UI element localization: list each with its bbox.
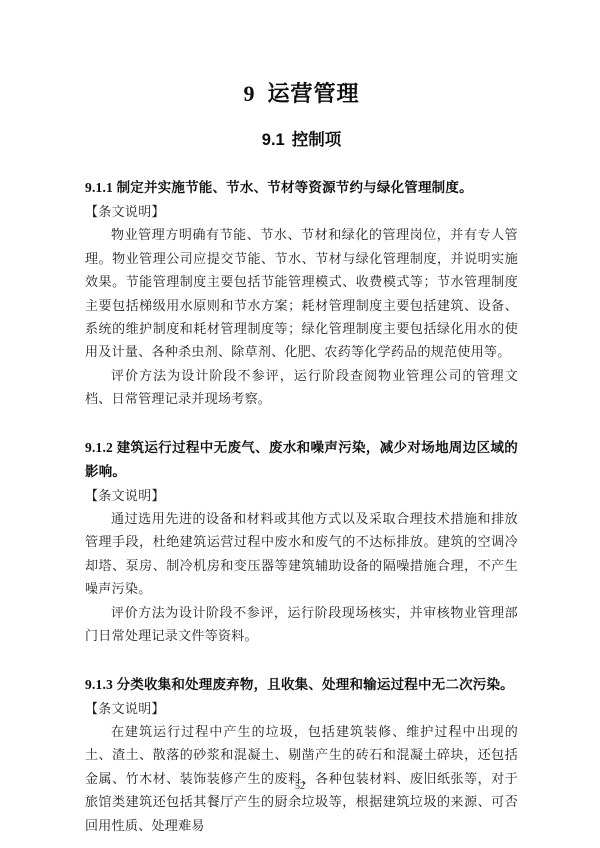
- clause-paragraph: 评价方法为设计阶段不参评，运行阶段查阅物业管理公司的管理文档、日常管理记录并现场…: [85, 364, 518, 411]
- section-number: 9.1: [262, 131, 285, 149]
- clause-item-9-1-2: 9.1.2 建筑运行过程中无废气、废水和噪声污染，减少对场地周边区域的影响。 【…: [85, 436, 518, 648]
- clause-explanation-label: 【条文说明】: [85, 697, 518, 720]
- page-content: 9运营管理 9.1控制项 9.1.1 制定并实施节能、节水、节材等资源节约与绿化…: [85, 0, 518, 837]
- clause-paragraph: 评价方法为设计阶段不参评，运行阶段现场核实，并审核物业管理部门日常处理记录文件等…: [85, 601, 518, 648]
- document-page: 9运营管理 9.1控制项 9.1.1 制定并实施节能、节水、节材等资源节约与绿化…: [0, 0, 600, 848]
- clause-item-9-1-1: 9.1.1 制定并实施节能、节水、节材等资源节约与绿化管理制度。 【条文说明】 …: [85, 176, 518, 411]
- clause-heading: 9.1.3 分类收集和处理废弃物，且收集、处理和输运过程中无二次污染。: [85, 673, 518, 697]
- chapter-title-text: 运营管理: [267, 81, 359, 106]
- clause-explanation-label: 【条文说明】: [85, 200, 518, 223]
- clause-paragraph: 物业管理方明确有节能、节水、节材和绿化的管理岗位，并有专人管理。物业管理公司应提…: [85, 223, 518, 363]
- clause-heading: 9.1.2 建筑运行过程中无废气、废水和噪声污染，减少对场地周边区域的影响。: [85, 436, 518, 484]
- page-number: 52: [0, 781, 600, 792]
- section-title: 9.1控制项: [85, 129, 518, 151]
- clause-paragraph: 通过选用先进的设备和材料或其他方式以及采取合理技术措施和排放管理手段，杜绝建筑运…: [85, 507, 518, 601]
- section-title-text: 控制项: [292, 131, 342, 149]
- clause-heading: 9.1.1 制定并实施节能、节水、节材等资源节约与绿化管理制度。: [85, 176, 518, 200]
- chapter-title: 9运营管理: [85, 80, 518, 108]
- clause-paragraph: 在建筑运行过程中产生的垃圾，包括建筑装修、维护过程中出现的土、渣土、散落的砂浆和…: [85, 720, 518, 837]
- clause-explanation-label: 【条文说明】: [85, 484, 518, 507]
- chapter-number: 9: [243, 81, 255, 106]
- clause-item-9-1-3: 9.1.3 分类收集和处理废弃物，且收集、处理和输运过程中无二次污染。 【条文说…: [85, 673, 518, 837]
